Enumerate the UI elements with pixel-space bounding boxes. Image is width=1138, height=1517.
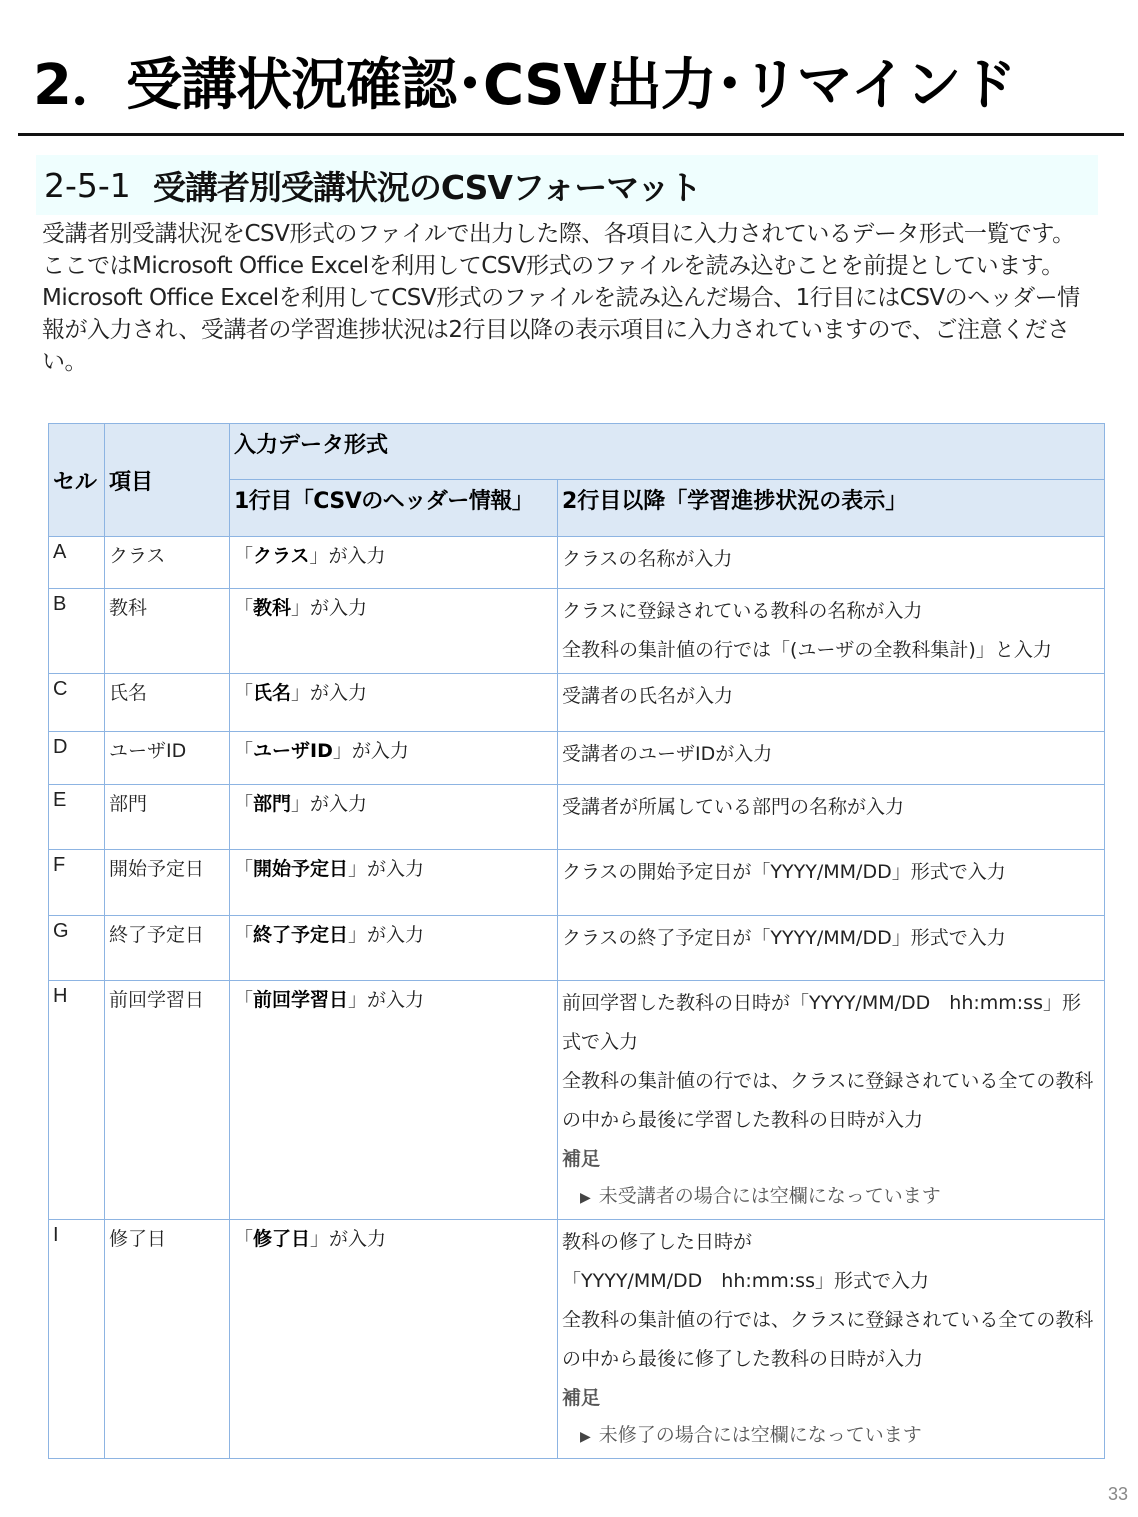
progress-display: 前回学習した教科の日時が「YYYY/MM/DD hh:mm:ss」形式で入力全教… (558, 981, 1105, 1220)
header-name: 開始予定日 (253, 858, 348, 880)
header-suffix: 」が入力 (291, 597, 367, 619)
description-line: 前回学習した教科の日時が「YYYY/MM/DD hh:mm:ss」形 (562, 983, 1100, 1022)
header-info: 「開始予定日」が入力 (230, 850, 558, 916)
bracket-open: 「 (234, 989, 253, 1011)
progress-display: 受講者が所属している部門の名称が入力 (558, 785, 1105, 850)
header-name: ユーザID (253, 740, 333, 762)
bracket-open: 「 (234, 1228, 253, 1250)
description-line: 全教科の集計値の行では、クラスに登録されている全ての教科 (562, 1061, 1100, 1100)
table-row: C氏名「氏名」が入力受講者の氏名が入力 (49, 674, 1105, 732)
cell-letter: C (49, 674, 105, 732)
header-name: 前回学習日 (253, 989, 348, 1011)
progress-display: クラスの終了予定日が「YYYY/MM/DD」形式で入力 (558, 916, 1105, 981)
description-line: 受講者のユーザIDが入力 (562, 734, 1100, 773)
description-line: クラスに登録されている教科の名称が入力 (562, 591, 1100, 630)
section-number: 2-5-1 (44, 166, 131, 205)
header-suffix: 」が入力 (348, 924, 424, 946)
progress-display: 教科の修了した日時が「YYYY/MM/DD hh:mm:ss」形式で入力全教科の… (558, 1220, 1105, 1459)
description-line: の中から最後に修了した教科の日時が入力 (562, 1339, 1100, 1378)
description-line: 「YYYY/MM/DD hh:mm:ss」形式で入力 (562, 1261, 1100, 1300)
description-line: 式で入力 (562, 1022, 1100, 1061)
header-info: 「クラス」が入力 (230, 537, 558, 589)
progress-display: クラスの開始予定日が「YYYY/MM/DD」形式で入力 (558, 850, 1105, 916)
header-suffix: 」が入力 (291, 793, 367, 815)
description-line: 全教科の集計値の行では「(ユーザの全教科集計)」と入力 (562, 630, 1100, 669)
page-title: 2．受講状況確認･CSV出力･リマインド (33, 50, 1016, 122)
table-row: F開始予定日「開始予定日」が入力クラスの開始予定日が「YYYY/MM/DD」形式… (49, 850, 1105, 916)
table-row: B教科「教科」が入力クラスに登録されている教科の名称が入力全教科の集計値の行では… (49, 589, 1105, 674)
bracket-open: 「 (234, 682, 253, 704)
description-line: 全教科の集計値の行では、クラスに登録されている全ての教科 (562, 1300, 1100, 1339)
header-info: 「終了予定日」が入力 (230, 916, 558, 981)
header-name: 部門 (253, 793, 291, 815)
item-name: 修了日 (105, 1220, 230, 1459)
cell-letter: B (49, 589, 105, 674)
header-row1: 1行目「CSVのヘッダー情報」 (230, 480, 558, 537)
bracket-open: 「 (234, 858, 253, 880)
title-divider (18, 133, 1124, 136)
description-line: クラスの名称が入力 (562, 539, 1100, 578)
cell-letter: F (49, 850, 105, 916)
description-line: クラスの開始予定日が「YYYY/MM/DD」形式で入力 (562, 852, 1100, 891)
note-item: ▶未受講者の場合には空欄になっています (562, 1179, 1100, 1215)
item-name: 開始予定日 (105, 850, 230, 916)
header-row2plus: 2行目以降「学習進捗状況の表示」 (558, 480, 1105, 537)
triangle-bullet-icon: ▶ (580, 1190, 591, 1206)
item-name: ユーザID (105, 732, 230, 785)
page-number: 33 (1108, 1484, 1128, 1505)
cell-letter: G (49, 916, 105, 981)
header-suffix: 」が入力 (309, 545, 385, 567)
note-item: ▶未修了の場合には空欄になっています (562, 1418, 1100, 1454)
bracket-open: 「 (234, 740, 253, 762)
header-suffix: 」が入力 (291, 682, 367, 704)
csv-format-table: セル 項目 入力データ形式 1行目「CSVのヘッダー情報」 2行目以降「学習進捗… (48, 423, 1105, 1459)
note-text: 未受講者の場合には空欄になっています (599, 1185, 941, 1207)
header-cell: セル (49, 424, 105, 537)
note-text: 未修了の場合には空欄になっています (599, 1424, 922, 1446)
header-suffix: 」が入力 (348, 989, 424, 1011)
intro-text: 受講者別受講状況をCSV形式のファイルで出力した際、各項目に入力されているデータ… (42, 218, 1102, 378)
bracket-open: 「 (234, 793, 253, 815)
description-line: 受講者が所属している部門の名称が入力 (562, 787, 1100, 826)
header-name: 修了日 (253, 1228, 310, 1250)
header-info: 「ユーザID」が入力 (230, 732, 558, 785)
header-suffix: 」が入力 (310, 1228, 386, 1250)
table-row: G終了予定日「終了予定日」が入力クラスの終了予定日が「YYYY/MM/DD」形式… (49, 916, 1105, 981)
description-line: クラスの終了予定日が「YYYY/MM/DD」形式で入力 (562, 918, 1100, 957)
description-line: の中から最後に学習した教科の日時が入力 (562, 1100, 1100, 1139)
bracket-open: 「 (234, 597, 253, 619)
table-row: DユーザID「ユーザID」が入力受講者のユーザIDが入力 (49, 732, 1105, 785)
item-name: 氏名 (105, 674, 230, 732)
table-row: I修了日「修了日」が入力教科の修了した日時が「YYYY/MM/DD hh:mm:… (49, 1220, 1105, 1459)
table-row: H前回学習日「前回学習日」が入力前回学習した教科の日時が「YYYY/MM/DD … (49, 981, 1105, 1220)
table-row: Aクラス「クラス」が入力クラスの名称が入力 (49, 537, 1105, 589)
header-info: 「氏名」が入力 (230, 674, 558, 732)
item-name: 部門 (105, 785, 230, 850)
section-title: 受講者別受講状況のCSVフォーマット (153, 162, 701, 209)
intro-paragraph: ここではMicrosoft Office Excelを利用してCSV形式のファイ… (42, 250, 1102, 282)
section-header: 2-5-1 受講者別受講状況のCSVフォーマット (36, 155, 1098, 215)
header-item: 項目 (105, 424, 230, 537)
header-input-format: 入力データ形式 (230, 424, 1105, 480)
table-row: E部門「部門」が入力受講者が所属している部門の名称が入力 (49, 785, 1105, 850)
cell-letter: D (49, 732, 105, 785)
progress-display: 受講者の氏名が入力 (558, 674, 1105, 732)
description-line: 受講者の氏名が入力 (562, 676, 1100, 715)
intro-paragraph: Microsoft Office Excelを利用してCSV形式のファイルを読み… (42, 282, 1102, 378)
item-name: 終了予定日 (105, 916, 230, 981)
header-name: 氏名 (253, 682, 291, 704)
description-line: 教科の修了した日時が (562, 1222, 1100, 1261)
progress-display: クラスの名称が入力 (558, 537, 1105, 589)
cell-letter: E (49, 785, 105, 850)
cell-letter: H (49, 981, 105, 1220)
header-info: 「修了日」が入力 (230, 1220, 558, 1459)
header-name: 終了予定日 (253, 924, 348, 946)
bracket-open: 「 (234, 545, 253, 567)
header-info: 「部門」が入力 (230, 785, 558, 850)
item-name: 前回学習日 (105, 981, 230, 1220)
triangle-bullet-icon: ▶ (580, 1429, 591, 1445)
item-name: クラス (105, 537, 230, 589)
header-suffix: 」が入力 (333, 740, 409, 762)
progress-display: 受講者のユーザIDが入力 (558, 732, 1105, 785)
item-name: 教科 (105, 589, 230, 674)
header-info: 「教科」が入力 (230, 589, 558, 674)
cell-letter: A (49, 537, 105, 589)
note-title: 補足 (562, 1139, 1100, 1179)
header-suffix: 」が入力 (348, 858, 424, 880)
header-name: クラス (253, 545, 309, 567)
note-title: 補足 (562, 1378, 1100, 1418)
progress-display: クラスに登録されている教科の名称が入力全教科の集計値の行では「(ユーザの全教科集… (558, 589, 1105, 674)
intro-paragraph: 受講者別受講状況をCSV形式のファイルで出力した際、各項目に入力されているデータ… (42, 218, 1102, 250)
header-name: 教科 (253, 597, 291, 619)
cell-letter: I (49, 1220, 105, 1459)
header-info: 「前回学習日」が入力 (230, 981, 558, 1220)
bracket-open: 「 (234, 924, 253, 946)
